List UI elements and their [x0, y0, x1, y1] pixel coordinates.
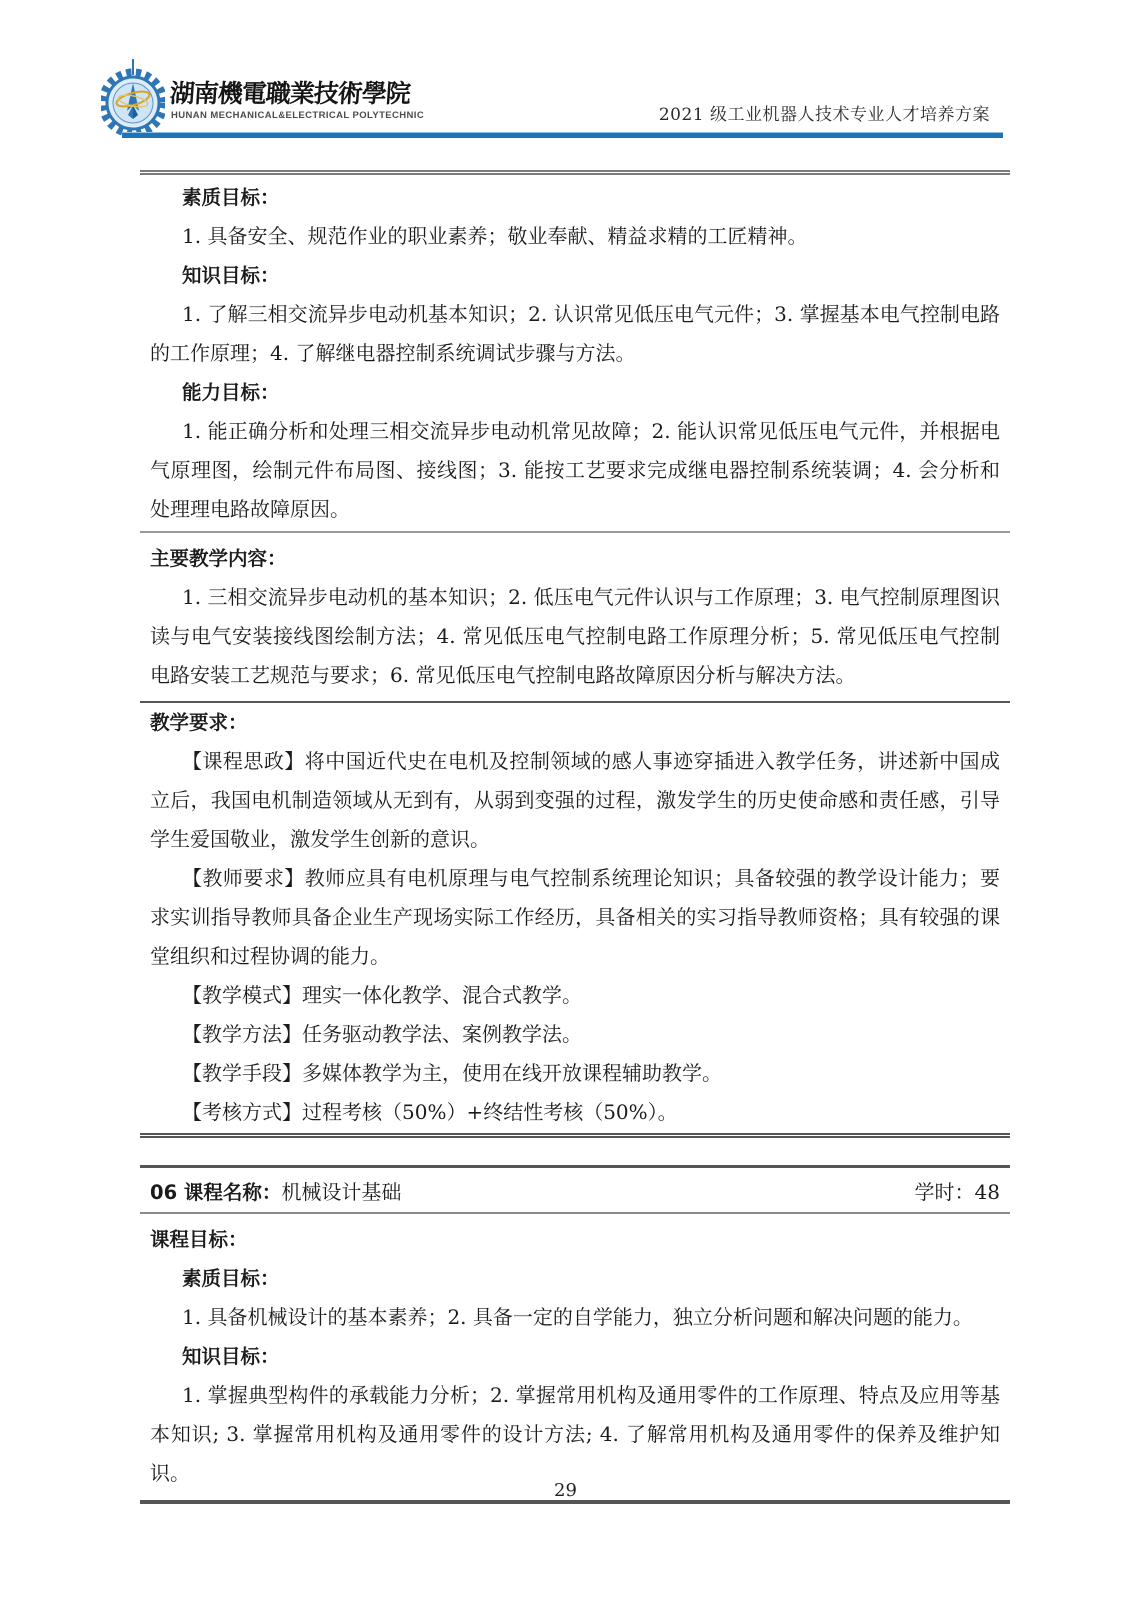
- requirement-method: 【教学方法】任务驱动教学法、案例教学法。: [150, 1015, 1000, 1054]
- course06-quality-label: 素质目标：: [150, 1259, 1000, 1298]
- ability-objective-label: 能力目标：: [150, 373, 1000, 412]
- requirement-ideology: 【课程思政】将中国近代史在电机及控制领域的感人事迹穿插进入教学任务，讲述新中国成…: [150, 742, 1000, 859]
- table-gap: [140, 1138, 1010, 1165]
- school-logo-icon: [101, 57, 165, 143]
- teaching-content-label: 主要教学内容：: [150, 539, 1000, 578]
- course06-knowledge-label: 知识目标：: [150, 1337, 1000, 1376]
- header-accent-bar: [122, 132, 1003, 138]
- teaching-content-section: 主要教学内容： 1. 三相交流异步电动机的基本知识；2. 低压电气元件认识与工作…: [140, 531, 1010, 701]
- course06-quality-text: 1. 具备机械设计的基本素养；2. 具备一定的自学能力，独立分析问题和解决问题的…: [150, 1298, 1000, 1337]
- requirement-assessment: 【考核方式】过程考核（50%）+终结性考核（50%）。: [150, 1093, 1000, 1132]
- quality-objective-text: 1. 具备安全、规范作业的职业素养；敬业奉献、精益求精的工匠精神。: [150, 217, 1000, 256]
- course06-knowledge-text: 1. 掌握典型构件的承载能力分析；2. 掌握常用机构及通用零件的工作原理、特点及…: [150, 1376, 1000, 1493]
- school-logo: [101, 57, 165, 143]
- page-number: 29: [0, 1480, 1131, 1501]
- school-name-cn: 湖南機電職業技術學院: [169, 74, 412, 110]
- teaching-requirements-label: 教学要求：: [150, 703, 1000, 742]
- course-objectives-section: 素质目标： 1. 具备安全、规范作业的职业素养；敬业奉献、精益求精的工匠精神。 …: [140, 170, 1010, 531]
- knowledge-objective-label: 知识目标：: [150, 256, 1000, 295]
- course06-objectives-section: 课程目标： 素质目标： 1. 具备机械设计的基本素养；2. 具备一定的自学能力，…: [140, 1214, 1010, 1504]
- teaching-requirements-section: 教学要求： 【课程思政】将中国近代史在电机及控制领域的感人事迹穿插进入教学任务，…: [140, 701, 1010, 1138]
- course-goal-label: 课程目标：: [150, 1220, 1000, 1259]
- course-number-label: 06 课程名称：: [150, 1181, 281, 1204]
- course-title: 06 课程名称：机械设计基础: [150, 1176, 401, 1205]
- course-name: 机械设计基础: [281, 1180, 401, 1204]
- document-page: 湖南機電職業技術學院 HUNAN MECHANICAL&ELECTRICAL P…: [0, 0, 1131, 1600]
- course-title-row: 06 课程名称：机械设计基础 学时：48: [140, 1165, 1010, 1214]
- requirement-teacher: 【教师要求】教师应具有电机原理与电气控制系统理论知识；具备较强的教学设计能力；要…: [150, 859, 1000, 976]
- school-name-en: HUNAN MECHANICAL&ELECTRICAL POLYTECHNIC: [171, 110, 424, 121]
- ability-objective-text: 1. 能正确分析和处理三相交流异步电动机常见故障；2. 能认识常见低压电气元件，…: [150, 412, 1000, 529]
- teaching-content-text: 1. 三相交流异步电动机的基本知识；2. 低压电气元件认识与工作原理；3. 电气…: [150, 578, 1000, 695]
- doc-title: 2021 级工业机器人技术专业人才培养方案: [659, 100, 990, 125]
- knowledge-objective-text: 1. 了解三相交流异步电动机基本知识；2. 认识常见低压电气元件；3. 掌握基本…: [150, 295, 1000, 373]
- requirement-mode: 【教学模式】理实一体化教学、混合式教学。: [150, 976, 1000, 1015]
- course-hours: 学时：48: [915, 1176, 1000, 1205]
- quality-objective-label: 素质目标：: [150, 178, 1000, 217]
- requirement-means: 【教学手段】多媒体教学为主，使用在线开放课程辅助教学。: [150, 1054, 1000, 1093]
- document-content: 素质目标： 1. 具备安全、规范作业的职业素养；敬业奉献、精益求精的工匠精神。 …: [140, 170, 1010, 1504]
